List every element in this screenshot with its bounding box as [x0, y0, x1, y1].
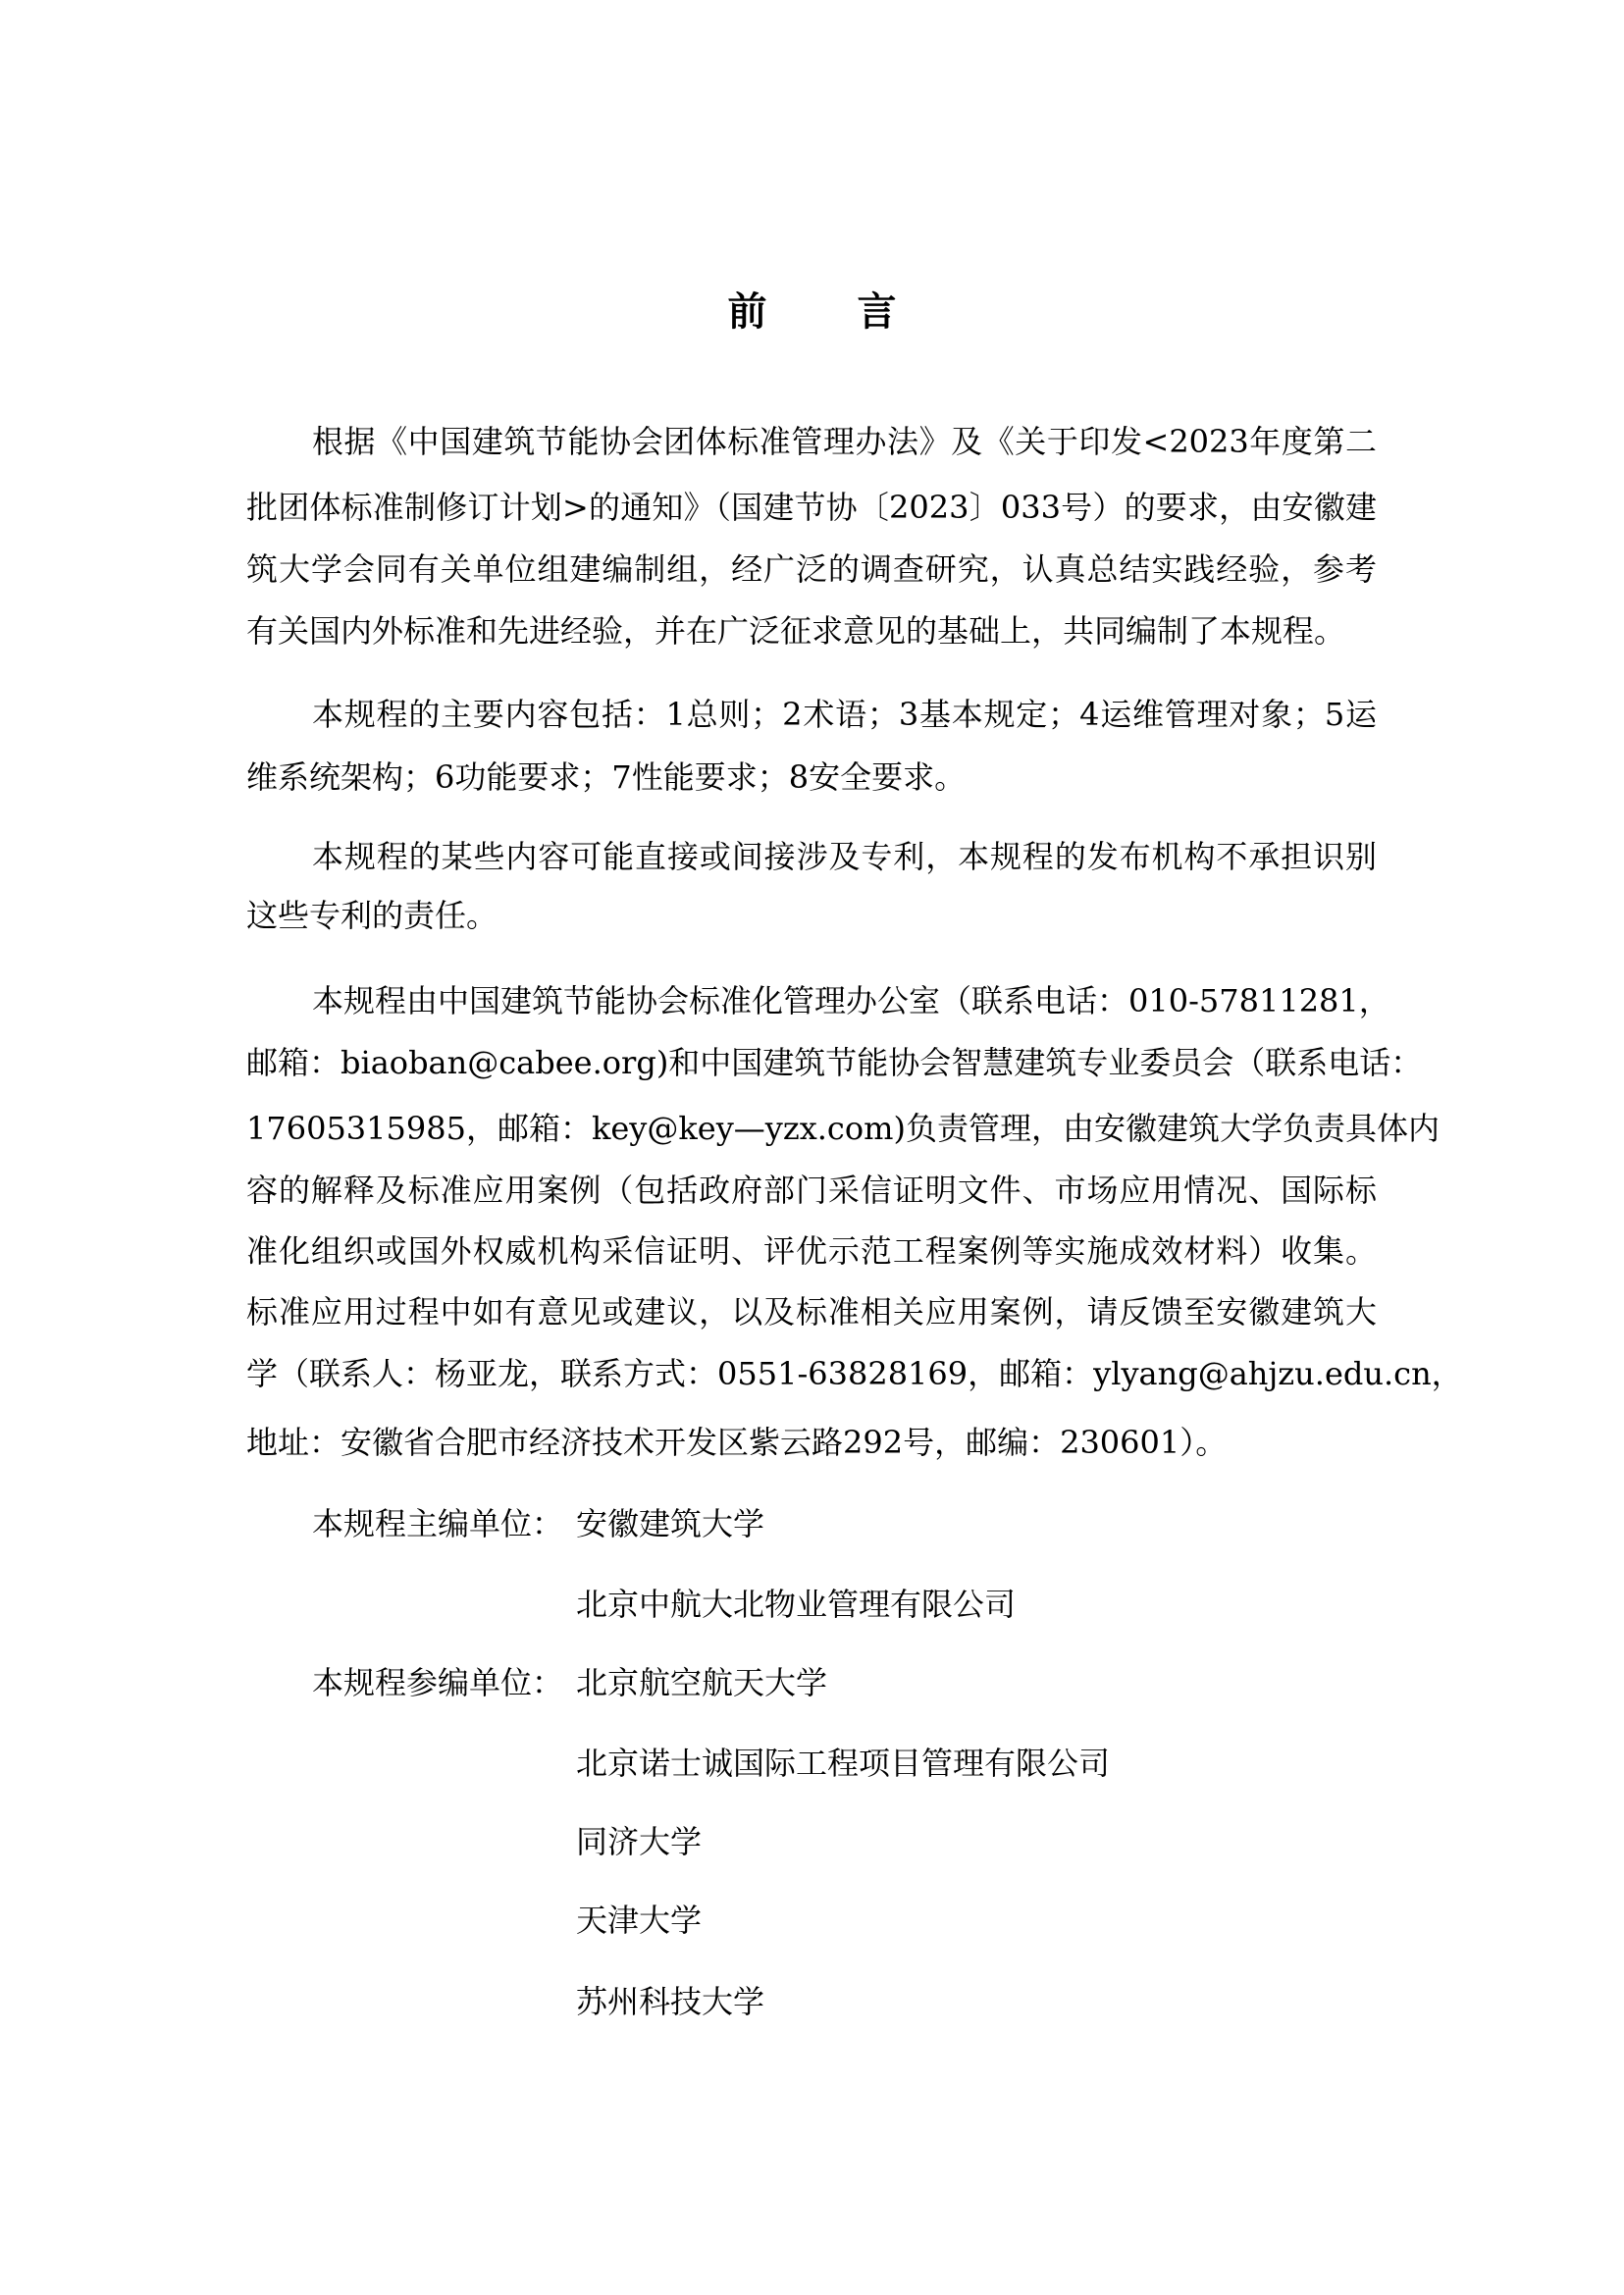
text-line: 本规程的某些内容可能直接或间接涉及专利，本规程的发布机构不承担识别	[312, 837, 1377, 876]
text-line: 地址：安徽省合肥市经济技术开发区紫云路292号，邮编：230601）。	[246, 1423, 1377, 1462]
text-line: 批团体标准制修订计划>的通知》（国建节协〔2023〕033号）的要求，由安徽建	[246, 488, 1377, 527]
text-line: 学（联系人：杨亚龙，联系方式：0551-63828169，邮箱：ylyang@a…	[246, 1354, 1377, 1393]
text-line: 邮箱：biaoban@cabee.org)和中国建筑节能协会智慧建筑专业委员会（…	[246, 1043, 1377, 1082]
text-line: 筑大学会同有关单位组建编制组，经广泛的调查研究，认真总结实践经验，参考	[246, 549, 1377, 589]
text-line: 根据《中国建筑节能协会团体标准管理办法》及《关于印发<2023年度第二	[312, 422, 1377, 461]
unit-name: 天津大学	[576, 1901, 702, 1940]
unit-name: 北京中航大北物业管理有限公司	[576, 1585, 1016, 1624]
text-line: 准化组织或国外权威机构采信证明、评优示范工程案例等实施成效材料）收集。	[246, 1231, 1377, 1271]
text-line: 本规程的主要内容包括：1总则；2术语；3基本规定；4运维管理对象；5运	[312, 695, 1377, 734]
chief-units-label: 本规程主编单位：	[312, 1504, 563, 1543]
unit-name: 北京诺士诚国际工程项目管理有限公司	[576, 1744, 1110, 1783]
text-line: 维系统架构；6功能要求；7性能要求；8安全要求。	[246, 757, 1377, 797]
title-char-1: 前	[728, 288, 767, 336]
text-line: 17605315985，邮箱：key@key—yzx.com)负责管理，由安徽建…	[246, 1109, 1377, 1148]
unit-name: 安徽建筑大学	[576, 1504, 764, 1543]
participating-units-label: 本规程参编单位：	[312, 1663, 563, 1702]
unit-name: 同济大学	[576, 1822, 702, 1861]
text-line: 这些专利的责任。	[246, 896, 1377, 935]
text-line: 有关国内外标准和先进经验，并在广泛征求意见的基础上，共同编制了本规程。	[246, 611, 1377, 651]
title-char-2: 言	[858, 288, 897, 336]
unit-name: 苏州科技大学	[576, 1982, 764, 2021]
unit-name: 北京航空航天大学	[576, 1663, 827, 1702]
text-line: 标准应用过程中如有意见或建议，以及标准相关应用案例，请反馈至安徽建筑大	[246, 1292, 1377, 1331]
page-title: 前言	[0, 288, 1624, 336]
text-line: 本规程由中国建筑节能协会标准化管理办公室（联系电话：010-57811281，	[312, 981, 1377, 1020]
text-line: 容的解释及标准应用案例（包括政府部门采信证明文件、市场应用情况、国际标	[246, 1171, 1377, 1210]
